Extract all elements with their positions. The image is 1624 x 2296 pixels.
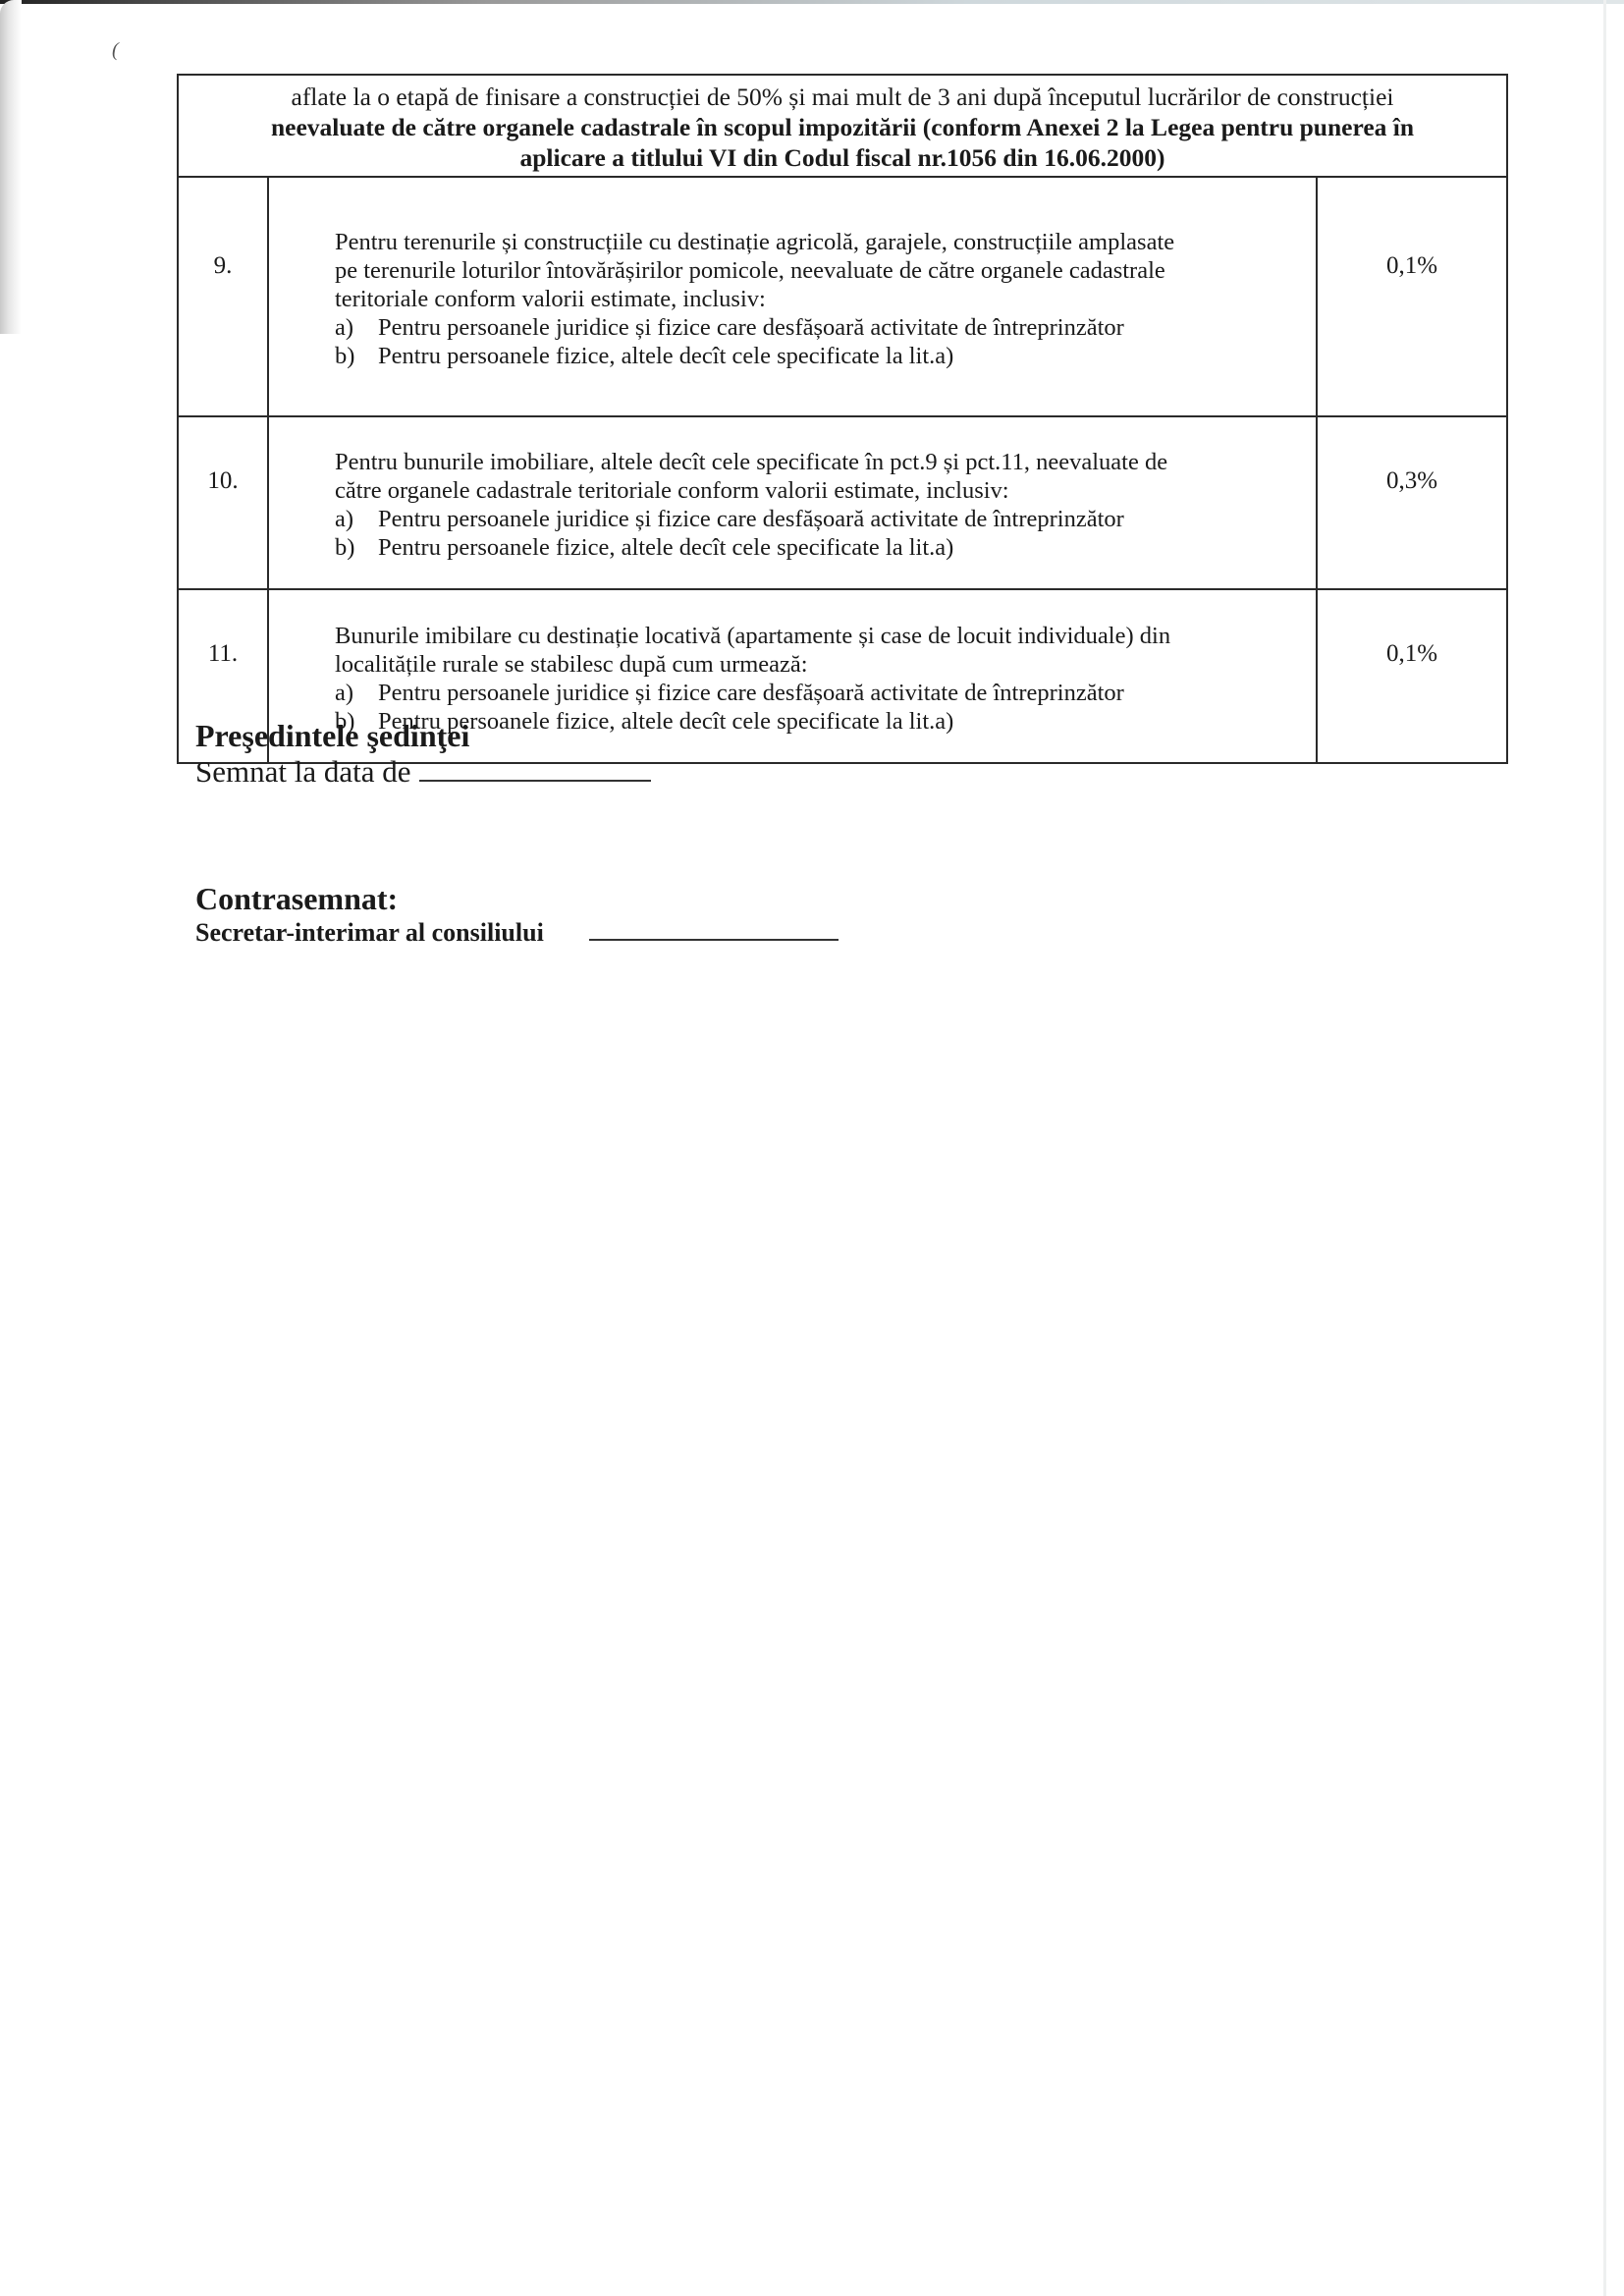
row-description: Pentru terenurile și construcțiile cu de… bbox=[268, 177, 1317, 416]
sub-item-text: Pentru persoanele juridice și fizice car… bbox=[378, 314, 1124, 341]
scan-edge-right bbox=[1603, 0, 1606, 2296]
secretary-signature-blank[interactable] bbox=[589, 935, 839, 941]
chair-signature-block: Preşedintele şedinţei Semnat la data de bbox=[195, 717, 651, 790]
sub-item-a: a)Pentru persoanele juridice și fizice c… bbox=[335, 505, 1306, 533]
sub-item-text: Pentru persoanele fizice, altele decît c… bbox=[378, 343, 953, 369]
sub-item-text: Pentru persoanele fizice, altele decît c… bbox=[378, 534, 953, 561]
table-row: 9. Pentru terenurile și construcțiile cu… bbox=[178, 177, 1507, 416]
sub-item-marker: a) bbox=[335, 679, 378, 707]
description-line: localitățile rurale se stabilesc după cu… bbox=[335, 650, 1306, 679]
signed-date-label: Semnat la data de bbox=[195, 754, 411, 789]
sub-item-a: a)Pentru persoanele juridice și fizice c… bbox=[335, 679, 1306, 707]
sub-item-text: Pentru persoanele juridice și fizice car… bbox=[378, 506, 1124, 532]
row-rate: 0,3% bbox=[1317, 416, 1507, 589]
chair-signed-date-line: Semnat la data de bbox=[195, 754, 651, 790]
description-line: pe terenurile loturilor întovărășirilor … bbox=[335, 256, 1306, 285]
tax-rate-table: aflate la o etapă de finisare a construc… bbox=[177, 74, 1508, 764]
sub-item-text: Pentru persoanele juridice și fizice car… bbox=[378, 680, 1124, 706]
description-line: Pentru bunurile imobiliare, altele decît… bbox=[335, 448, 1306, 476]
header-line-1: aflate la o etapă de finisare a construc… bbox=[189, 82, 1496, 112]
row-description: Pentru bunurile imobiliare, altele decît… bbox=[268, 416, 1317, 589]
row-rate: 0,1% bbox=[1317, 177, 1507, 416]
table-header-row: aflate la o etapă de finisare a construc… bbox=[178, 75, 1507, 177]
secretary-label: Secretar-interimar al consiliului bbox=[195, 918, 544, 947]
sub-item-a: a)Pentru persoanele juridice și fizice c… bbox=[335, 313, 1306, 342]
description-line: Bunurile imibilare cu destinație locativ… bbox=[335, 622, 1306, 650]
row-number: 9. bbox=[178, 177, 268, 416]
description-line: Pentru terenurile și construcțiile cu de… bbox=[335, 228, 1306, 256]
row-rate: 0,1% bbox=[1317, 589, 1507, 763]
sub-item-marker: b) bbox=[335, 533, 378, 562]
sub-item-marker: a) bbox=[335, 313, 378, 342]
chair-title: Preşedintele şedinţei bbox=[195, 717, 651, 754]
secretary-signature-line: Secretar-interimar al consiliului bbox=[195, 917, 839, 949]
sub-item-marker: b) bbox=[335, 342, 378, 370]
countersign-title: Contrasemnat: bbox=[195, 880, 839, 917]
sub-item-marker: a) bbox=[335, 505, 378, 533]
table-header-cell: aflate la o etapă de finisare a construc… bbox=[178, 75, 1507, 177]
header-line-3: aplicare a titlului VI din Codul fiscal … bbox=[520, 143, 1165, 172]
description-line: teritoriale conform valorii estimate, in… bbox=[335, 285, 1306, 313]
sub-item-b: b)Pentru persoanele fizice, altele decît… bbox=[335, 342, 1306, 370]
scan-edge-left-shadow bbox=[0, 0, 22, 334]
stray-pen-mark: ( bbox=[112, 39, 119, 62]
scan-edge-top bbox=[0, 0, 1624, 4]
table-row: 10. Pentru bunurile imobiliare, altele d… bbox=[178, 416, 1507, 589]
header-line-2: neevaluate de către organele cadastrale … bbox=[271, 113, 1414, 141]
countersign-block: Contrasemnat: Secretar-interimar al cons… bbox=[195, 880, 839, 949]
description-line: către organele cadastrale teritoriale co… bbox=[335, 476, 1306, 505]
sub-item-b: b)Pentru persoanele fizice, altele decît… bbox=[335, 533, 1306, 562]
row-number: 10. bbox=[178, 416, 268, 589]
date-blank-field[interactable] bbox=[419, 776, 651, 782]
